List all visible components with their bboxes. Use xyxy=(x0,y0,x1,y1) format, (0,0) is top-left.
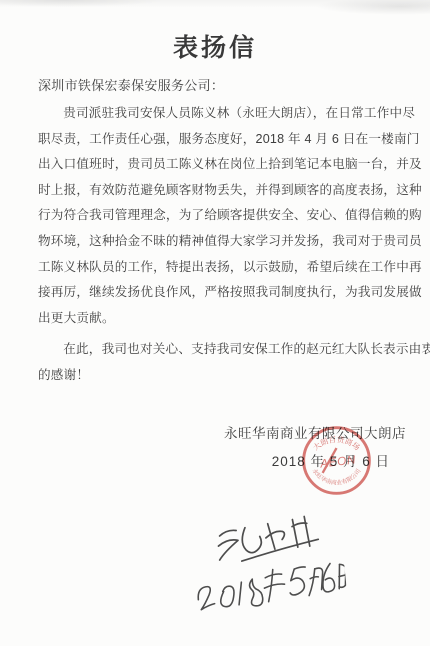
letter-page: 表扬信 深圳市铁保宏泰保安服务公司： 贵司派驻我司安保人员陈义林（永旺大朗店），… xyxy=(0,0,430,646)
company-stamp: 大朗百货商场 永旺华南商业有限公司 AEON xyxy=(300,424,373,497)
body-line: 贵司派驻我司安保人员陈义林（永旺大朗店），在日常工作中尽 xyxy=(38,101,408,127)
body-line: 物环境，这种拾金不昧的精神值得大家学习并发扬，我司对于贵司员 xyxy=(38,229,408,255)
salutation: 深圳市铁保宏泰保安服务公司： xyxy=(38,75,224,94)
body-line: 的感谢！ xyxy=(38,363,408,389)
body-line: 工陈义林队员的工作，特提出表扬，以示鼓励，希望后续在工作中再 xyxy=(38,255,408,281)
letter-body: 贵司派驻我司安保人员陈义林（永旺大朗店），在日常工作中尽 职尽责，工作责任心强，… xyxy=(38,101,408,389)
stamp-arc-bottom-text: 永旺华南商业有限公司 xyxy=(311,467,363,487)
body-line: 职尽责，工作责任心强，服务态度好，2018 年 4 月 6 日在一楼南门 xyxy=(38,127,408,153)
body-line: 在此，我司也对关心、支持我司安保工作的赵元红大队长表示由衷 xyxy=(38,337,408,363)
body-line: 出更大贡献。 xyxy=(38,306,408,332)
handwritten-date-strokes xyxy=(196,562,348,612)
body-line: 行为符合我司管理理念，为了给顾客提供安全、安心、值得信赖的购 xyxy=(38,203,408,229)
body-line: 出入口值班时，贵司员工陈义林在岗位上拾到笔记本电脑一台，并及 xyxy=(38,152,408,178)
body-line: 时上报，有效防范避免顾客财物丢失，并得到顾客的高度表扬，这种 xyxy=(38,178,408,204)
body-line: 接再厉，继续发扬优良作风，严格按照我司制度执行，为我司发展做 xyxy=(38,280,408,306)
letter-title: 表扬信 xyxy=(0,28,430,64)
stamp-center-text: AEON xyxy=(318,453,356,470)
